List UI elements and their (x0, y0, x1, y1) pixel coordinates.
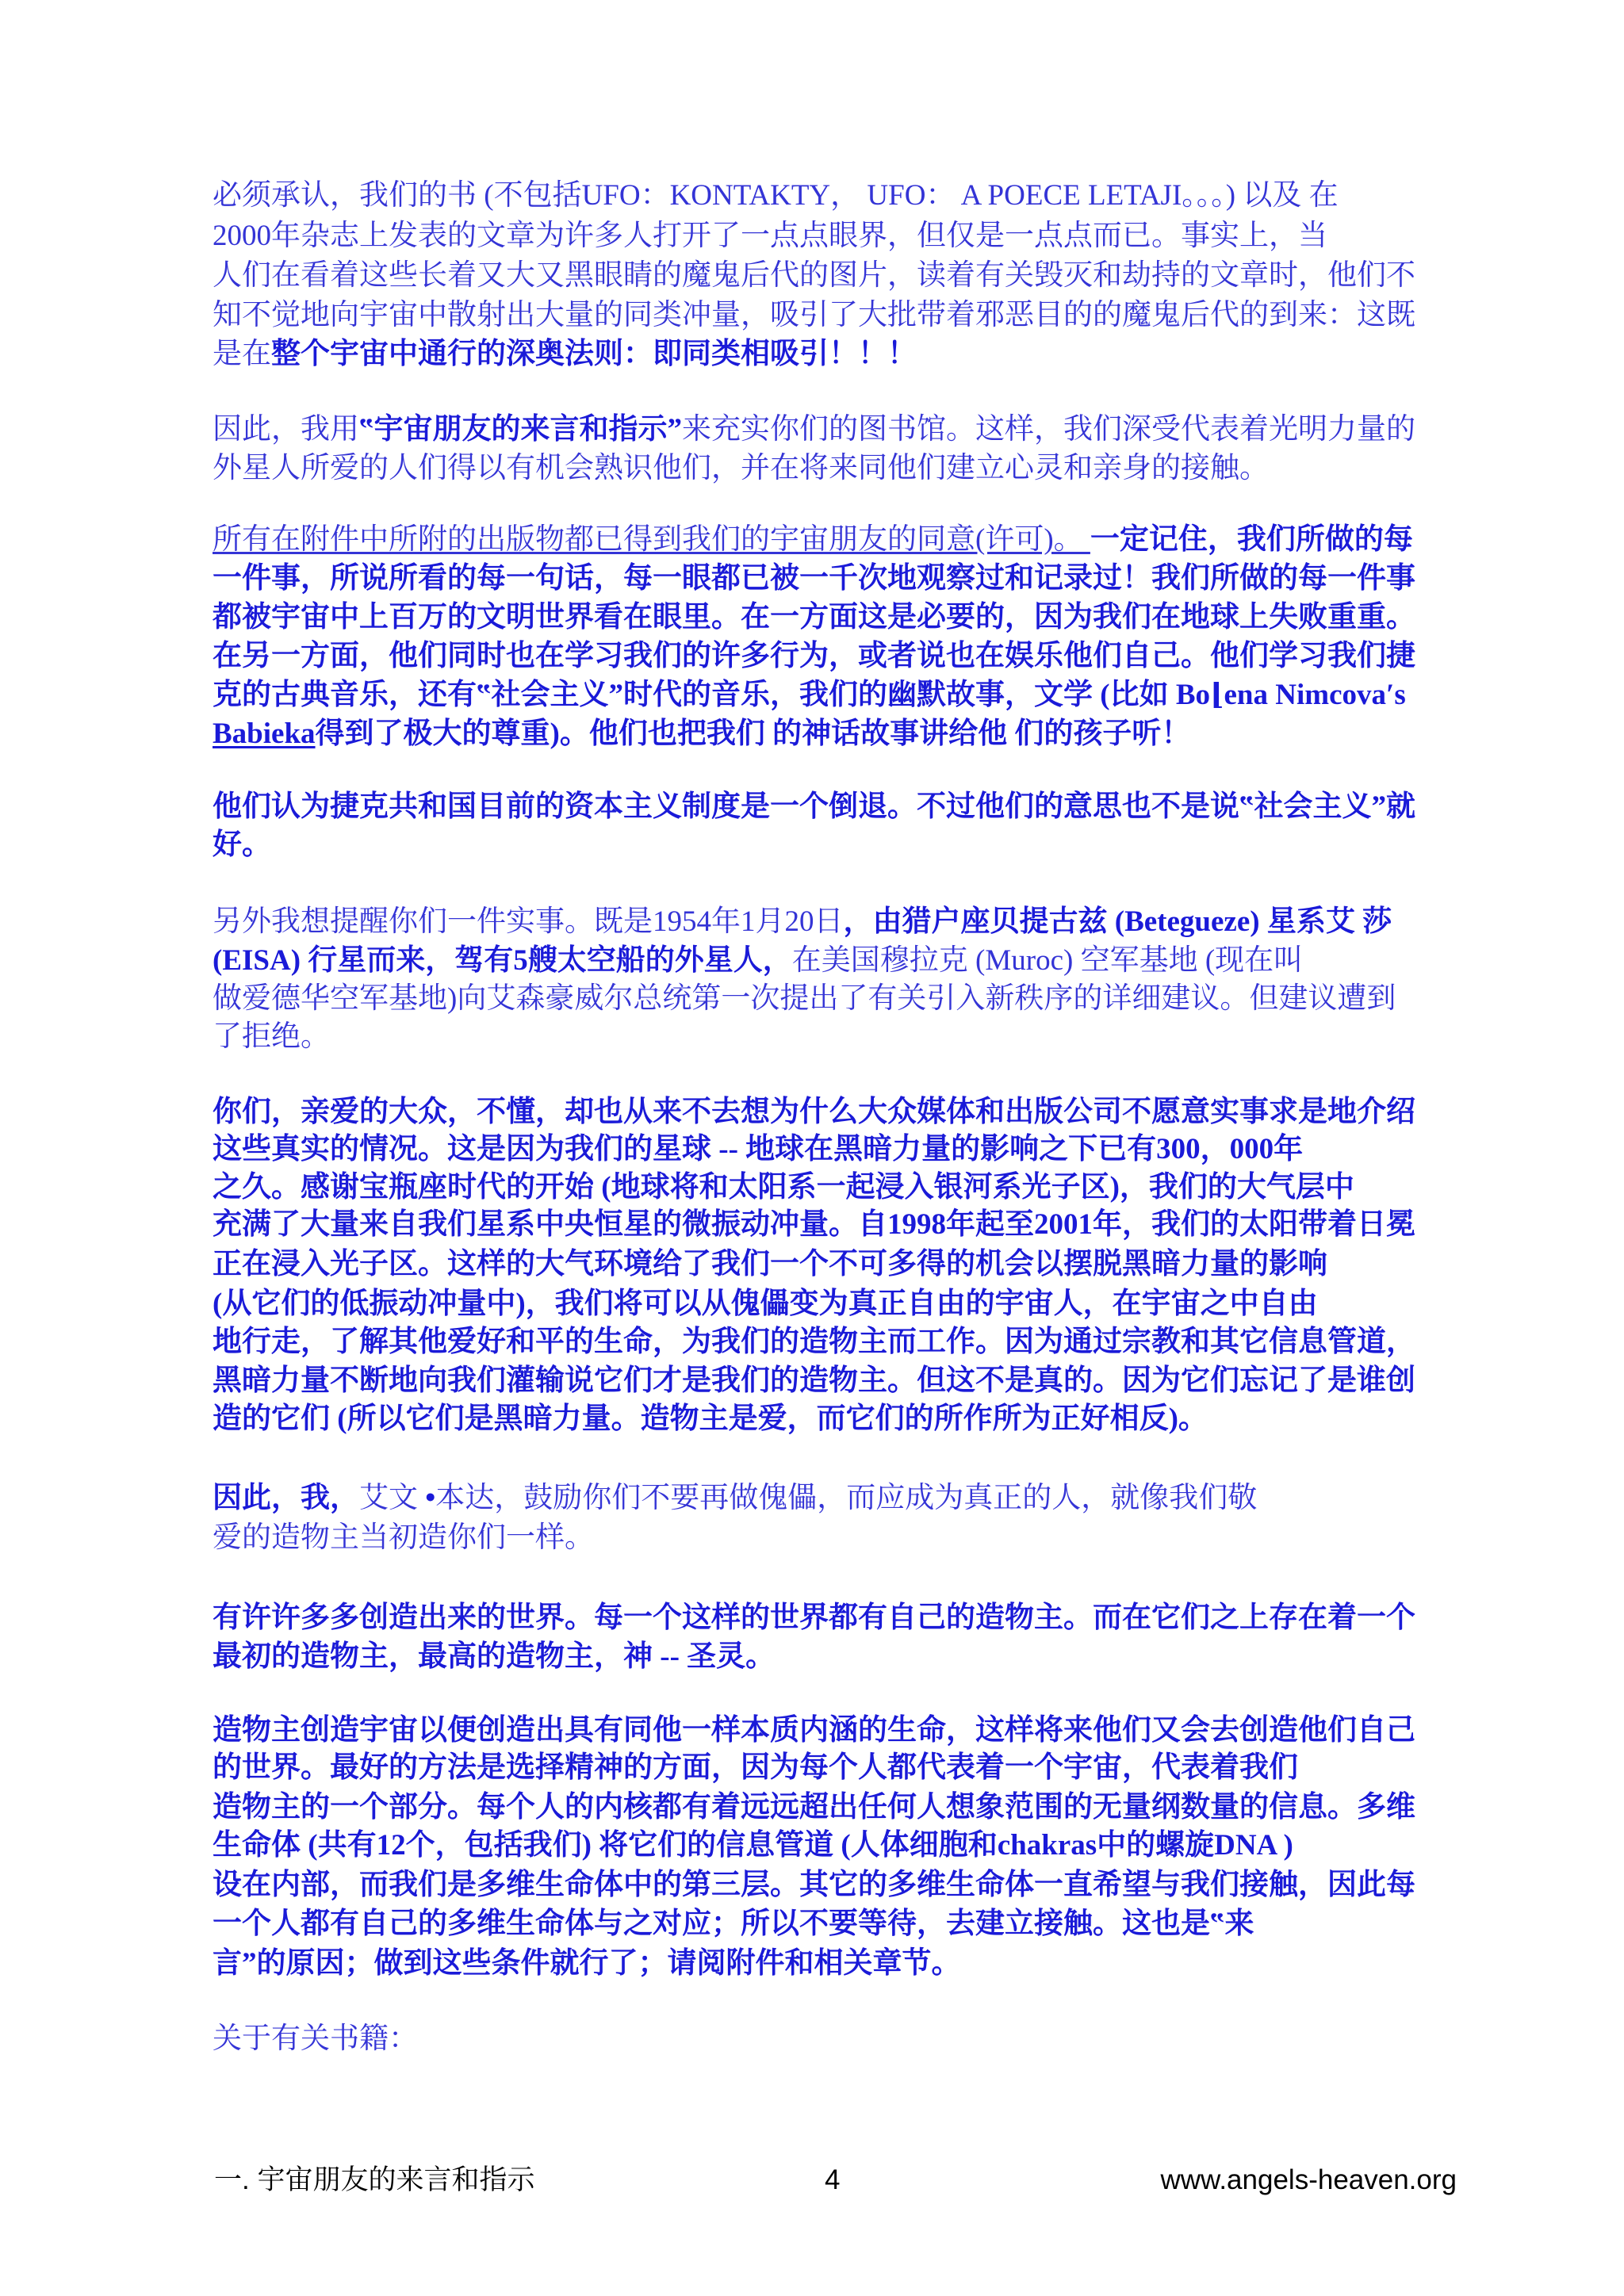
text-segment: 因此，我用 (213, 413, 359, 446)
bold-text: (EISA) 行星而来，驾有5艘太空船的外星人， (213, 944, 792, 977)
text-line: 一件事，所说所看的每一句话，每一眼都已被一千次地观察过和记录过！我们所做的每一件… (213, 559, 1415, 599)
bold-text: 造的它们 (所以它们是黑暗力量。造物主是爱，而它们的所作所为正好相反)。 (213, 1402, 1208, 1435)
text-line: 有许许多多创造出来的世界。每一个这样的世界都有自己的造物主。而在它们之上存在着一… (213, 1598, 1415, 1638)
text-segment: 来充实你们的图书馆。这样，我们深受代表着光明力量的 (682, 413, 1415, 446)
bold-text: 好。 (213, 828, 271, 861)
text-line: 做爱德华空军基地)向艾森豪威尔总统第一次提出了有关引入新秩序的详细建议。但建议遭… (213, 979, 1396, 1019)
text-segment: 爱的造物主当初造你们一样。 (213, 1521, 594, 1554)
text-segment: 艾文 (359, 1482, 425, 1514)
text-line: 爱的造物主当初造你们一样。 (213, 1518, 594, 1558)
bold-text: 造物主的一个部分。每个人的内核都有着远远超出任何人想象范围的无量纲数量的信息。多… (213, 1791, 1415, 1823)
text-line: 造物主的一个部分。每个人的内核都有着远远超出任何人想象范围的无量纲数量的信息。多… (213, 1788, 1415, 1827)
text-segment: 2000年杂志上发表的文章为许多人打开了一点点眼界，但仅是一点点而已。事实上，当 (213, 220, 1327, 252)
text-line: 另外我想提醒你们一件实事。既是1954年1月20日，由猎户座贝提古兹 (Bete… (213, 902, 1392, 942)
bold-text: 得到了极大的尊重)。他们也把我们 的神话故事讲给他 们的孩子听！ (316, 717, 1191, 750)
text-line: 外星人所爱的人们得以有机会熟识他们，并在将来同他们建立心灵和亲身的接触。 (213, 449, 1269, 488)
bold-text: 你们，亲爱的大众，不懂，却也从来不去想为什么大众媒体和出版公司不愿意实事求是地介… (213, 1096, 1415, 1128)
text-line: 的世界。最好的方法是选择精神的方面，因为每个人都代表着一个宇宙，代表着我们 (213, 1748, 1298, 1788)
bold-text: 整个宇宙中通行的深奥法则：即同类相吸引！！！ (271, 338, 917, 370)
text-segment: 了拒绝。 (213, 1020, 330, 1053)
text-line: (EISA) 行星而来，驾有5艘太空船的外星人，在美国穆拉克 (Muroc) 空… (213, 941, 1303, 981)
bold-text: 在另一方面，他们同时也在学习我们的许多行为，或者说也在娱乐他们自己。他们学习我们… (213, 640, 1415, 672)
text-segment: 关于有关书籍： (213, 2022, 418, 2055)
bold-text: 因此，我， (213, 1482, 359, 1514)
text-line: 知不觉地向宇宙中散射出大量的同类冲量，吸引了大批带着邪恶目的的魔鬼后代的到来：这… (213, 296, 1415, 335)
text-line: (从它们的低振动冲量中)，我们将可以从傀儡变为真正自由的宇宙人，在宇宙之中自由 (213, 1284, 1318, 1324)
bold-text: 这些真实的情况。这是因为我们的星球 -- 地球在黑暗力量的影响之下已有300，0… (213, 1133, 1303, 1165)
text-line: 他们认为捷克共和国目前的资本主义制度是一个倒退。不过他们的意思也不是说‟社会主义… (213, 787, 1415, 827)
bold-text: ‟宇宙朋友的来言和指示” (359, 413, 682, 446)
page-number: 4 (825, 2163, 840, 2198)
footer-chapter-title: 一. 宇宙朋友的来言和指示 (214, 2163, 534, 2198)
bullet-dot: • (425, 1482, 435, 1514)
bold-text: 造物主创造宇宙以便创造出具有同他一样本质内涵的生命，这样将来他们又会去创造他们自… (213, 1714, 1415, 1747)
bold-text: 一个人都有自己的多维生命体与之对应；所以不要等待，去建立接触。这也是‟来 (213, 1908, 1254, 1940)
text-line: 一个人都有自己的多维生命体与之对应；所以不要等待，去建立接触。这也是‟来 (213, 1904, 1254, 1944)
bold-text: (从它们的低振动冲量中)，我们将可以从傀儡变为真正自由的宇宙人，在宇宙之中自由 (213, 1288, 1318, 1320)
bold-text: 设在内部，而我们是多维生命体中的第三层。其它的多维生命体一直希望与我们接触，因此… (213, 1869, 1415, 1901)
bold-text: 最初的造物主，最高的造物主，神 -- 圣灵。 (213, 1640, 775, 1673)
bold-text: ，由猎户座贝提古兹 (Betegueze) 星系艾 莎 (844, 905, 1392, 938)
underlined-text: 所有在附件中所附的出版物都已得到我们的宇宙朋友的同意(许可)。 (213, 523, 1090, 556)
footer-website: www.angels-heaven.org (1160, 2163, 1457, 2198)
text-line: 充满了大量来自我们星系中央恒星的微振动冲量。自1998年起至2001年，我们的太… (213, 1205, 1415, 1245)
text-line: 克的古典音乐，还有‟社会主义”时代的音乐，我们的幽默故事，文学 (比如 Bo⌊e… (213, 675, 1406, 715)
text-segment: 做爱德华空军基地)向艾森豪威尔总统第一次提出了有关引入新秩序的详细建议。但建议遭… (213, 982, 1396, 1015)
text-line: 好。 (213, 825, 271, 865)
bold-text: 生命体 (共有12个，包括我们) 将它们的信息管道 (人体细胞和chakras中… (213, 1829, 1293, 1862)
bold-text: 有许许多多创造出来的世界。每一个这样的世界都有自己的造物主。而在它们之上存在着一… (213, 1601, 1415, 1634)
text-line: 生命体 (共有12个，包括我们) 将它们的信息管道 (人体细胞和chakras中… (213, 1826, 1293, 1865)
text-segment: 知不觉地向宇宙中散射出大量的同类冲量，吸引了大批带着邪恶目的的魔鬼后代的到来：这… (213, 299, 1415, 331)
bold-text: 之久。感谢宝瓶座时代的开始 (地球将和太阳系一起浸入银河系光子区)，我们的大气层… (213, 1171, 1354, 1203)
underlined-bold-text: Babieka (213, 717, 316, 750)
bold-text: 黑暗力量不断地向我们灌输说它们才是我们的造物主。但这不是真的。因为它们忘记了是谁… (213, 1364, 1415, 1397)
text-line: 在另一方面，他们同时也在学习我们的许多行为，或者说也在娱乐他们自己。他们学习我们… (213, 637, 1415, 676)
text-line: 造物主创造宇宙以便创造出具有同他一样本质内涵的生命，这样将来他们又会去创造他们自… (213, 1711, 1415, 1751)
text-line: 因此，我用‟宇宙朋友的来言和指示”来充实你们的图书馆。这样，我们深受代表着光明力… (213, 410, 1415, 450)
text-segment: 是在 (213, 338, 271, 370)
text-line: 这些真实的情况。这是因为我们的星球 -- 地球在黑暗力量的影响之下已有300，0… (213, 1130, 1303, 1169)
text-line: 最初的造物主，最高的造物主，神 -- 圣灵。 (213, 1637, 775, 1677)
text-line: 地行走，了解其他爱好和平的生命，为我们的造物主而工作。因为通过宗教和其它信息管道… (213, 1322, 1415, 1362)
text-line: 造的它们 (所以它们是黑暗力量。造物主是爱，而它们的所作所为正好相反)。 (213, 1399, 1208, 1439)
text-line: 了拒绝。 (213, 1017, 330, 1057)
bold-text: 言”的原因；做到这些条件就行了；请阅附件和相关章节。 (213, 1947, 961, 1980)
text-line: 2000年杂志上发表的文章为许多人打开了一点点眼界，但仅是一点点而已。事实上，当 (213, 216, 1327, 256)
bold-text: 他们认为捷克共和国目前的资本主义制度是一个倒退。不过他们的意思也不是说‟社会主义… (213, 790, 1415, 823)
text-segment: 必须承认，我们的书 (不包括UFO：KONTAKTY， UFO： A POECE… (213, 179, 1339, 212)
text-line: Babieka得到了极大的尊重)。他们也把我们 的神话故事讲给他 们的孩子听！ (213, 714, 1190, 754)
text-segment: 人们在看着这些长着又大又黑眼睛的魔鬼后代的图片，读着有关毁灭和劫持的文章时，他们… (213, 259, 1415, 292)
bold-text: 一定记住，我们所做的每 (1090, 523, 1413, 556)
text-line: 设在内部，而我们是多维生命体中的第三层。其它的多维生命体一直希望与我们接触，因此… (213, 1865, 1415, 1905)
bold-text: 地行走，了解其他爱好和平的生命，为我们的造物主而工作。因为通过宗教和其它信息管道… (213, 1326, 1415, 1358)
text-line: 你们，亲爱的大众，不懂，却也从来不去想为什么大众媒体和出版公司不愿意实事求是地介… (213, 1093, 1415, 1132)
bold-text: 充满了大量来自我们星系中央恒星的微振动冲量。自1998年起至2001年，我们的太… (213, 1208, 1415, 1241)
document-page: 必须承认，我们的书 (不包括UFO：KONTAKTY， UFO： A POECE… (0, 0, 1624, 2296)
text-segment: 本达，鼓励你们不要再做傀儡，而应成为真正的人，就像我们敬 (435, 1482, 1257, 1514)
bold-text: 正在浸入光子区。这样的大气环境给了我们一个不可多得的机会以摆脱黑暗力量的影响 (213, 1248, 1327, 1280)
text-line: 言”的原因；做到这些条件就行了；请阅附件和相关章节。 (213, 1944, 961, 1984)
text-line: 人们在看着这些长着又大又黑眼睛的魔鬼后代的图片，读着有关毁灭和劫持的文章时，他们… (213, 256, 1415, 296)
section-heading-related-books: 关于有关书籍： (213, 2019, 418, 2059)
bold-text: 的世界。最好的方法是选择精神的方面，因为每个人都代表着一个宇宙，代表着我们 (213, 1751, 1298, 1784)
text-line: 所有在附件中所附的出版物都已得到我们的宇宙朋友的同意(许可)。 一定记住，我们所… (213, 520, 1413, 560)
text-segment: 在美国穆拉克 (Muroc) 空军基地 (现在叫 (792, 944, 1303, 977)
bold-text: 一件事，所说所看的每一句话，每一眼都已被一千次地观察过和记录过！我们所做的每一件… (213, 562, 1415, 595)
bold-text: 克的古典音乐，还有‟社会主义”时代的音乐，我们的幽默故事，文学 (比如 Bo⌊e… (213, 679, 1406, 711)
text-segment: 另外我想提醒你们一件实事。既是1954年1月20日 (213, 905, 844, 938)
bold-text: 都被宇宙中上百万的文明世界看在眼里。在一方面这是必要的，因为我们在地球上失败重重… (213, 601, 1415, 633)
text-line: 都被宇宙中上百万的文明世界看在眼里。在一方面这是必要的，因为我们在地球上失败重重… (213, 598, 1415, 637)
text-line: 正在浸入光子区。这样的大气环境给了我们一个不可多得的机会以摆脱黑暗力量的影响 (213, 1245, 1327, 1284)
text-line: 因此，我，艾文 •本达，鼓励你们不要再做傀儡，而应成为真正的人，就像我们敬 (213, 1479, 1257, 1518)
text-line: 之久。感谢宝瓶座时代的开始 (地球将和太阳系一起浸入银河系光子区)，我们的大气层… (213, 1168, 1354, 1207)
text-line: 是在整个宇宙中通行的深奥法则：即同类相吸引！！！ (213, 335, 917, 374)
text-segment: 外星人所爱的人们得以有机会熟识他们，并在将来同他们建立心灵和亲身的接触。 (213, 452, 1269, 484)
text-line: 黑暗力量不断地向我们灌输说它们才是我们的造物主。但这不是真的。因为它们忘记了是谁… (213, 1361, 1415, 1401)
text-line: 必须承认，我们的书 (不包括UFO：KONTAKTY， UFO： A POECE… (213, 176, 1339, 216)
